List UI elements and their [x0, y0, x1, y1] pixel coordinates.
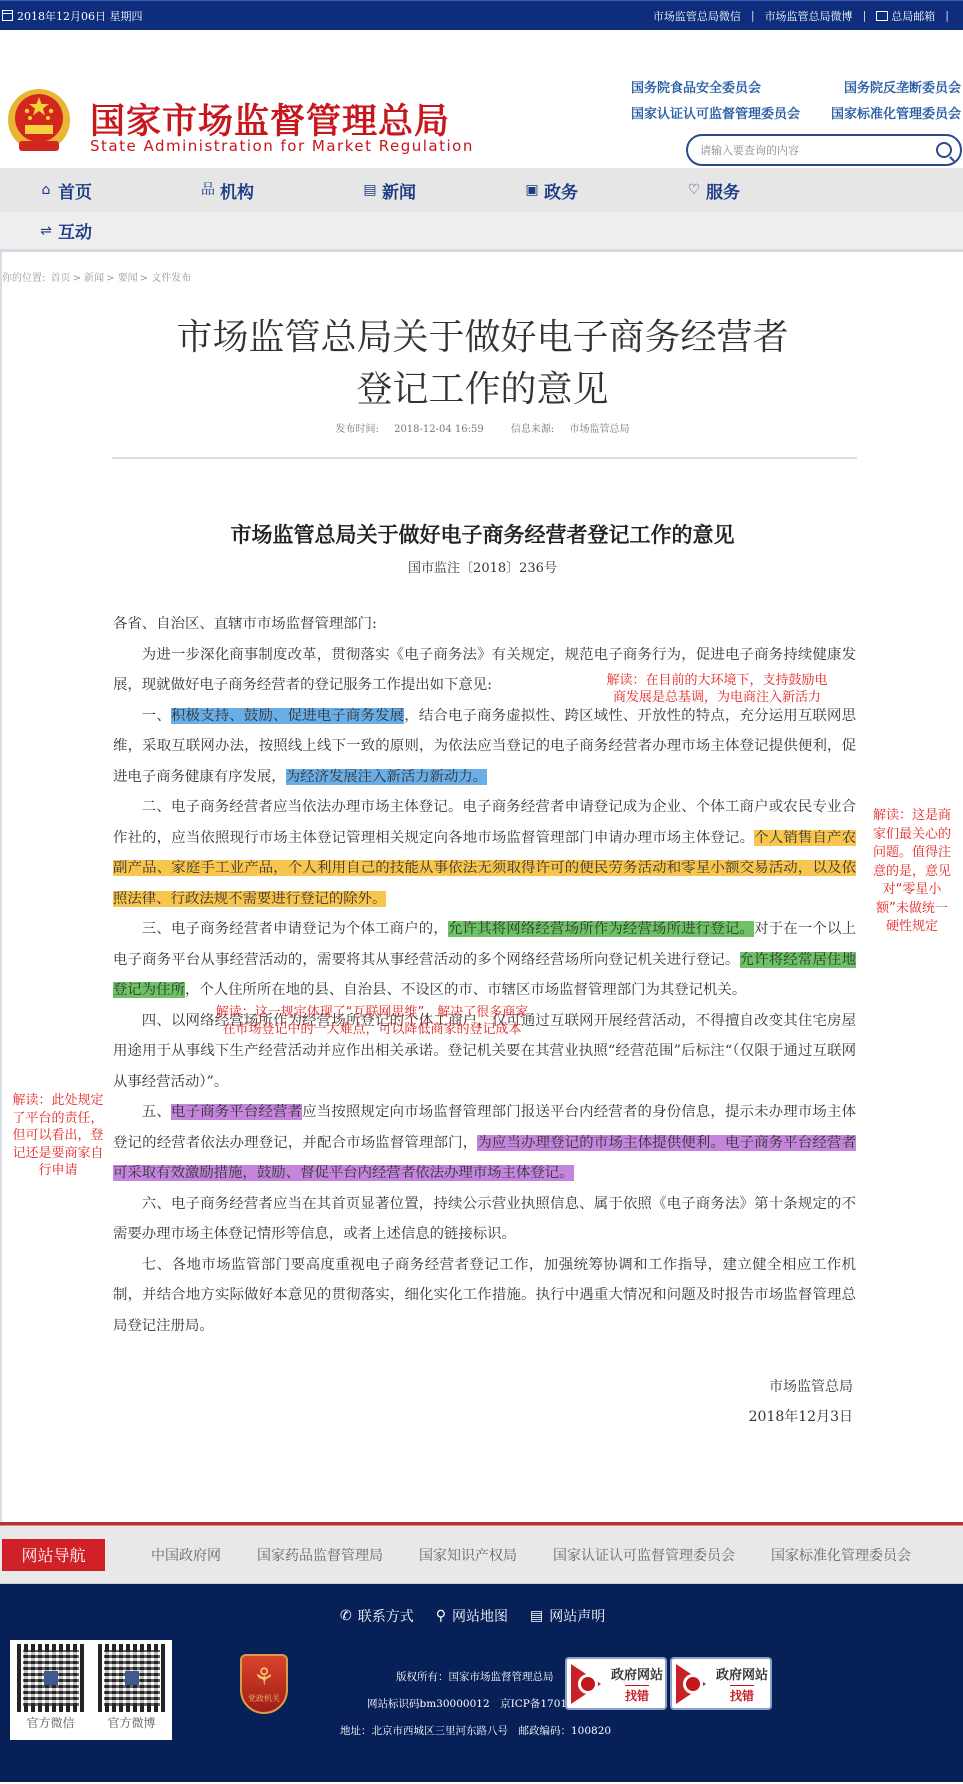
document-body: 各省、自治区、直辖市市场监督管理部门: 为进一步深化商事制度改革，贯彻落实《电子…	[113, 609, 856, 1341]
wechat-link[interactable]: 市场监管总局微信	[653, 8, 741, 24]
search-icon[interactable]	[936, 142, 952, 158]
nav-label: 机构	[220, 178, 254, 203]
government-affairs-icon: ▣	[524, 182, 540, 198]
salutation: 各省、自治区、直辖市市场监督管理部门:	[113, 609, 856, 640]
footer: ✆联系方式 ⚲网站地图 ▤网站声明 官方微信 官方微博 ⚘党政机关 版权所有：国…	[0, 1584, 963, 1782]
contact-link[interactable]: ✆联系方式	[340, 1606, 414, 1626]
top-bar: 2018年12月06日 星期四 市场监管总局微信 | 市场监管总局微博 | 总局…	[0, 0, 963, 30]
highlight-purple: 电子商务平台经营者	[171, 1104, 302, 1120]
divider: |	[751, 9, 755, 22]
title-line: 市场监管总局关于做好电子商务经营者	[2, 312, 963, 364]
divider: |	[863, 9, 867, 22]
site-header: 国家市场监督管理总局 State Administration for Mark…	[0, 30, 963, 160]
qr-codes: 官方微信 官方微博	[10, 1640, 172, 1740]
annotation-4: 解读：此处规定了平台的责任，但可以看出，登记还是要商家自行申请	[2, 1092, 114, 1180]
sign-date: 2018年12月3日	[749, 1406, 853, 1426]
paragraph-2: 二、电子商务经营者应当依法办理市场主体登记。电子商务经营者申请登记成为企业、个体…	[113, 792, 856, 914]
paragraph-6: 六、电子商务经营者应当在其首页显著位置，持续公示营业执照信息、属于依照《电子商务…	[113, 1189, 856, 1250]
divider: |	[945, 9, 949, 22]
nav-item-home[interactable]: ⌂首页	[38, 178, 200, 203]
phone-icon: ✆	[340, 1608, 352, 1624]
date-text: 2018年12月06日 星期四	[17, 8, 143, 24]
national-emblem-icon[interactable]	[5, 87, 73, 157]
weibo-link[interactable]: 市场监管总局微博	[765, 8, 853, 24]
annotation-3: 解读：这一规定体现了“互联网思维”，解决了很多商家 在市场登记中的一大难点，可以…	[182, 1004, 562, 1038]
breadcrumb-news[interactable]: 新闻	[84, 273, 104, 284]
wechat-qr-icon[interactable]	[17, 1644, 85, 1712]
nav-label: 服务	[706, 178, 740, 203]
search-placeholder: 请输入要查询的内容	[700, 142, 799, 158]
search-input[interactable]: 请输入要查询的内容	[686, 134, 962, 166]
paragraph-7: 七、各地市场监管部门要高度重视电子商务经营者登记工作，加强统筹协调和工作指导，建…	[113, 1250, 856, 1342]
nav-item-org[interactable]: 品机构	[200, 178, 362, 203]
document-title: 市场监管总局关于做好电子商务经营者登记工作的意见	[2, 519, 963, 549]
cnipa-link[interactable]: 国家知识产权局	[419, 1545, 517, 1565]
divider	[112, 457, 857, 459]
party-government-badge-icon[interactable]: ⚘党政机关	[240, 1654, 288, 1714]
breadcrumb-home[interactable]: 首页	[51, 273, 71, 284]
footer-links: ✆联系方式 ⚲网站地图 ▤网站声明	[340, 1606, 605, 1626]
cnca-link[interactable]: 国家认证认可监督管理委员会	[631, 102, 800, 128]
source-label: 信息来源:	[511, 424, 554, 435]
news-icon: ▤	[362, 182, 378, 198]
signer: 市场监管总局	[769, 1376, 853, 1396]
email-link[interactable]: 总局邮箱	[891, 8, 935, 24]
highlight-blue: 积极支持、鼓励、促进电子商务发展	[171, 708, 404, 724]
publish-time: 2018-12-04 16:59	[394, 424, 484, 435]
main-nav: ⌂首页 品机构 ▤新闻 ▣政务 ♡服务	[0, 168, 963, 212]
top-links: 市场监管总局微信 | 市场监管总局微博 | 总局邮箱 |	[653, 8, 959, 24]
weibo-qr-icon[interactable]	[98, 1644, 166, 1712]
main-nav-row2: ⇌互动	[0, 212, 963, 252]
org-chart-icon: 品	[200, 182, 216, 198]
related-links: 国务院食品安全委员会国务院反垄断委员会 国家认证认可监督管理委员会国家标准化管理…	[631, 76, 961, 128]
gov-cn-link[interactable]: 中国政府网	[151, 1545, 221, 1565]
breadcrumb-prefix: 你的位置:	[2, 273, 45, 284]
nav-item-interact[interactable]: ⇌互动	[38, 218, 200, 243]
article-meta: 发布时间: 2018-12-04 16:59 信息来源: 市场监管总局	[2, 420, 963, 435]
nav-item-affairs[interactable]: ▣政务	[524, 178, 686, 203]
magnifier-icon	[571, 1664, 607, 1704]
nav-label: 新闻	[382, 178, 416, 203]
location-icon: ⚲	[436, 1608, 446, 1624]
cnca-link[interactable]: 国家认证认可监督管理委员会	[553, 1545, 735, 1565]
annotation-1: 解读：在目前的大环境下，支持鼓励电 商发展是总基调，为电商注入新活力	[572, 672, 862, 706]
food-safety-link[interactable]: 国务院食品安全委员会	[631, 76, 761, 102]
title-line: 登记工作的意见	[2, 364, 963, 416]
site-nav-label: 网站导航	[2, 1539, 105, 1571]
sitemap-link[interactable]: ⚲网站地图	[436, 1606, 508, 1626]
nav-label: 互动	[58, 218, 92, 243]
exchange-icon: ⇌	[38, 223, 54, 239]
breadcrumb-documents[interactable]: 文件发布	[151, 273, 191, 284]
nav-label: 政务	[544, 178, 578, 203]
magnifier-icon	[676, 1664, 712, 1704]
qr-label: 官方微信	[26, 1714, 74, 1731]
home-icon: ⌂	[38, 182, 54, 198]
highlight-blue: 为经济发展注入新活力新动力。	[286, 769, 487, 785]
paragraph-5: 五、电子商务平台经营者应当按照规定向市场监督管理部门报送平台内经营者的身份信息，…	[113, 1097, 856, 1189]
sac-link[interactable]: 国家标准化管理委员会	[771, 1545, 911, 1565]
nav-item-news[interactable]: ▤新闻	[362, 178, 524, 203]
document-icon: ▤	[530, 1608, 543, 1624]
highlight-green: 允许其将网络经营场所作为经营场所进行登记。	[448, 921, 754, 937]
source-value: 市场监管总局	[569, 424, 629, 435]
nav-label: 首页	[58, 178, 92, 203]
breadcrumb: 你的位置: 首页> 新闻> 要闻> 文件发布	[2, 269, 193, 284]
heart-icon: ♡	[686, 182, 702, 198]
mail-icon	[876, 11, 888, 21]
publish-label: 发布时间:	[336, 424, 379, 435]
find-error-button[interactable]: 政府网站找错	[565, 1657, 667, 1710]
page-title: 市场监管总局关于做好电子商务经营者 登记工作的意见	[2, 312, 963, 416]
nmpa-link[interactable]: 国家药品监督管理局	[257, 1545, 383, 1565]
sac-link[interactable]: 国家标准化管理委员会	[831, 102, 961, 128]
address: 地址：北京市西城区三里河东路八号 邮政编码：100820	[340, 1718, 611, 1745]
antitrust-link[interactable]: 国务院反垄断委员会	[844, 76, 961, 102]
calendar-icon	[2, 10, 13, 21]
qr-label: 官方微博	[107, 1714, 155, 1731]
logo-title-en: State Administration for Market Regulati…	[90, 137, 474, 155]
statement-link[interactable]: ▤网站声明	[530, 1606, 605, 1626]
paragraph-3: 三、电子商务经营者申请登记为个体工商户的，允许其将网络经营场所作为经营场所进行登…	[113, 914, 856, 1006]
article-content: 你的位置: 首页> 新闻> 要闻> 文件发布 市场监管总局关于做好电子商务经营者…	[0, 252, 963, 1522]
document-number: 国市监注〔2018〕236号	[2, 557, 963, 576]
find-error-button[interactable]: 政府网站找错	[670, 1657, 772, 1710]
annotation-2: 解读：这是商家们最关心的问题。值得注意的是，意见对“零星小额”未做统一硬性规定	[860, 807, 963, 937]
date-display: 2018年12月06日 星期四	[2, 8, 143, 24]
nav-item-service[interactable]: ♡服务	[686, 178, 848, 203]
site-navigation: 网站导航 中国政府网 国家药品监督管理局 国家知识产权局 国家认证认可监督管理委…	[0, 1526, 963, 1584]
paragraph-1: 一、积极支持、鼓励、促进电子商务发展，结合电子商务虚拟性、跨区域性、开放性的特点…	[113, 701, 856, 793]
breadcrumb-headlines[interactable]: 要闻	[118, 273, 138, 284]
